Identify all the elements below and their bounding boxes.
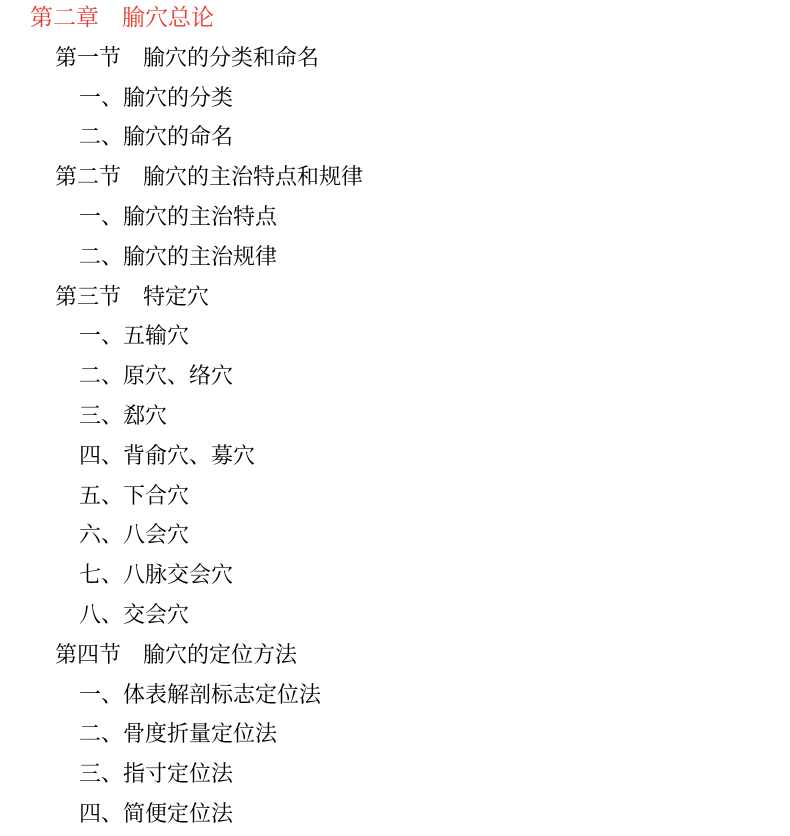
toc-entry-item: 四、背俞穴、募穴 xyxy=(0,436,790,476)
toc-entry-item: 七、八脉交会穴 xyxy=(0,555,790,595)
toc-entry-section: 第三节 特定穴 xyxy=(0,277,790,317)
toc-entry-item: 三、郄穴 xyxy=(0,396,790,436)
toc-entry-item: 二、腧穴的主治规律 xyxy=(0,237,790,277)
toc-entry-item: 一、腧穴的分类 xyxy=(0,78,790,118)
toc-entry-item: 三、指寸定位法 xyxy=(0,754,790,794)
toc-entry-item: 二、骨度折量定位法 xyxy=(0,714,790,754)
toc-entry-section: 第一节 腧穴的分类和命名 xyxy=(0,38,790,78)
toc-entry-item: 四、简便定位法 xyxy=(0,794,790,834)
toc-entry-item: 一、五输穴 xyxy=(0,316,790,356)
toc-entry-item: 八、交会穴 xyxy=(0,595,790,635)
toc-entry-chapter: 第二章 腧穴总论 xyxy=(0,0,790,38)
toc-entry-section: 第二节 腧穴的主治特点和规律 xyxy=(0,157,790,197)
toc-entry-item: 五、下合穴 xyxy=(0,476,790,516)
toc-entry-item: 六、八会穴 xyxy=(0,515,790,555)
toc-entry-item: 二、腧穴的命名 xyxy=(0,117,790,157)
toc-entry-section: 第四节 腧穴的定位方法 xyxy=(0,635,790,675)
document-page: 第二章 腧穴总论第一节 腧穴的分类和命名一、腧穴的分类二、腧穴的命名第二节 腧穴… xyxy=(0,0,790,834)
toc-entry-item: 一、体表解剖标志定位法 xyxy=(0,675,790,715)
table-of-contents: 第二章 腧穴总论第一节 腧穴的分类和命名一、腧穴的分类二、腧穴的命名第二节 腧穴… xyxy=(0,0,790,834)
toc-entry-item: 一、腧穴的主治特点 xyxy=(0,197,790,237)
toc-entry-item: 二、原穴、络穴 xyxy=(0,356,790,396)
